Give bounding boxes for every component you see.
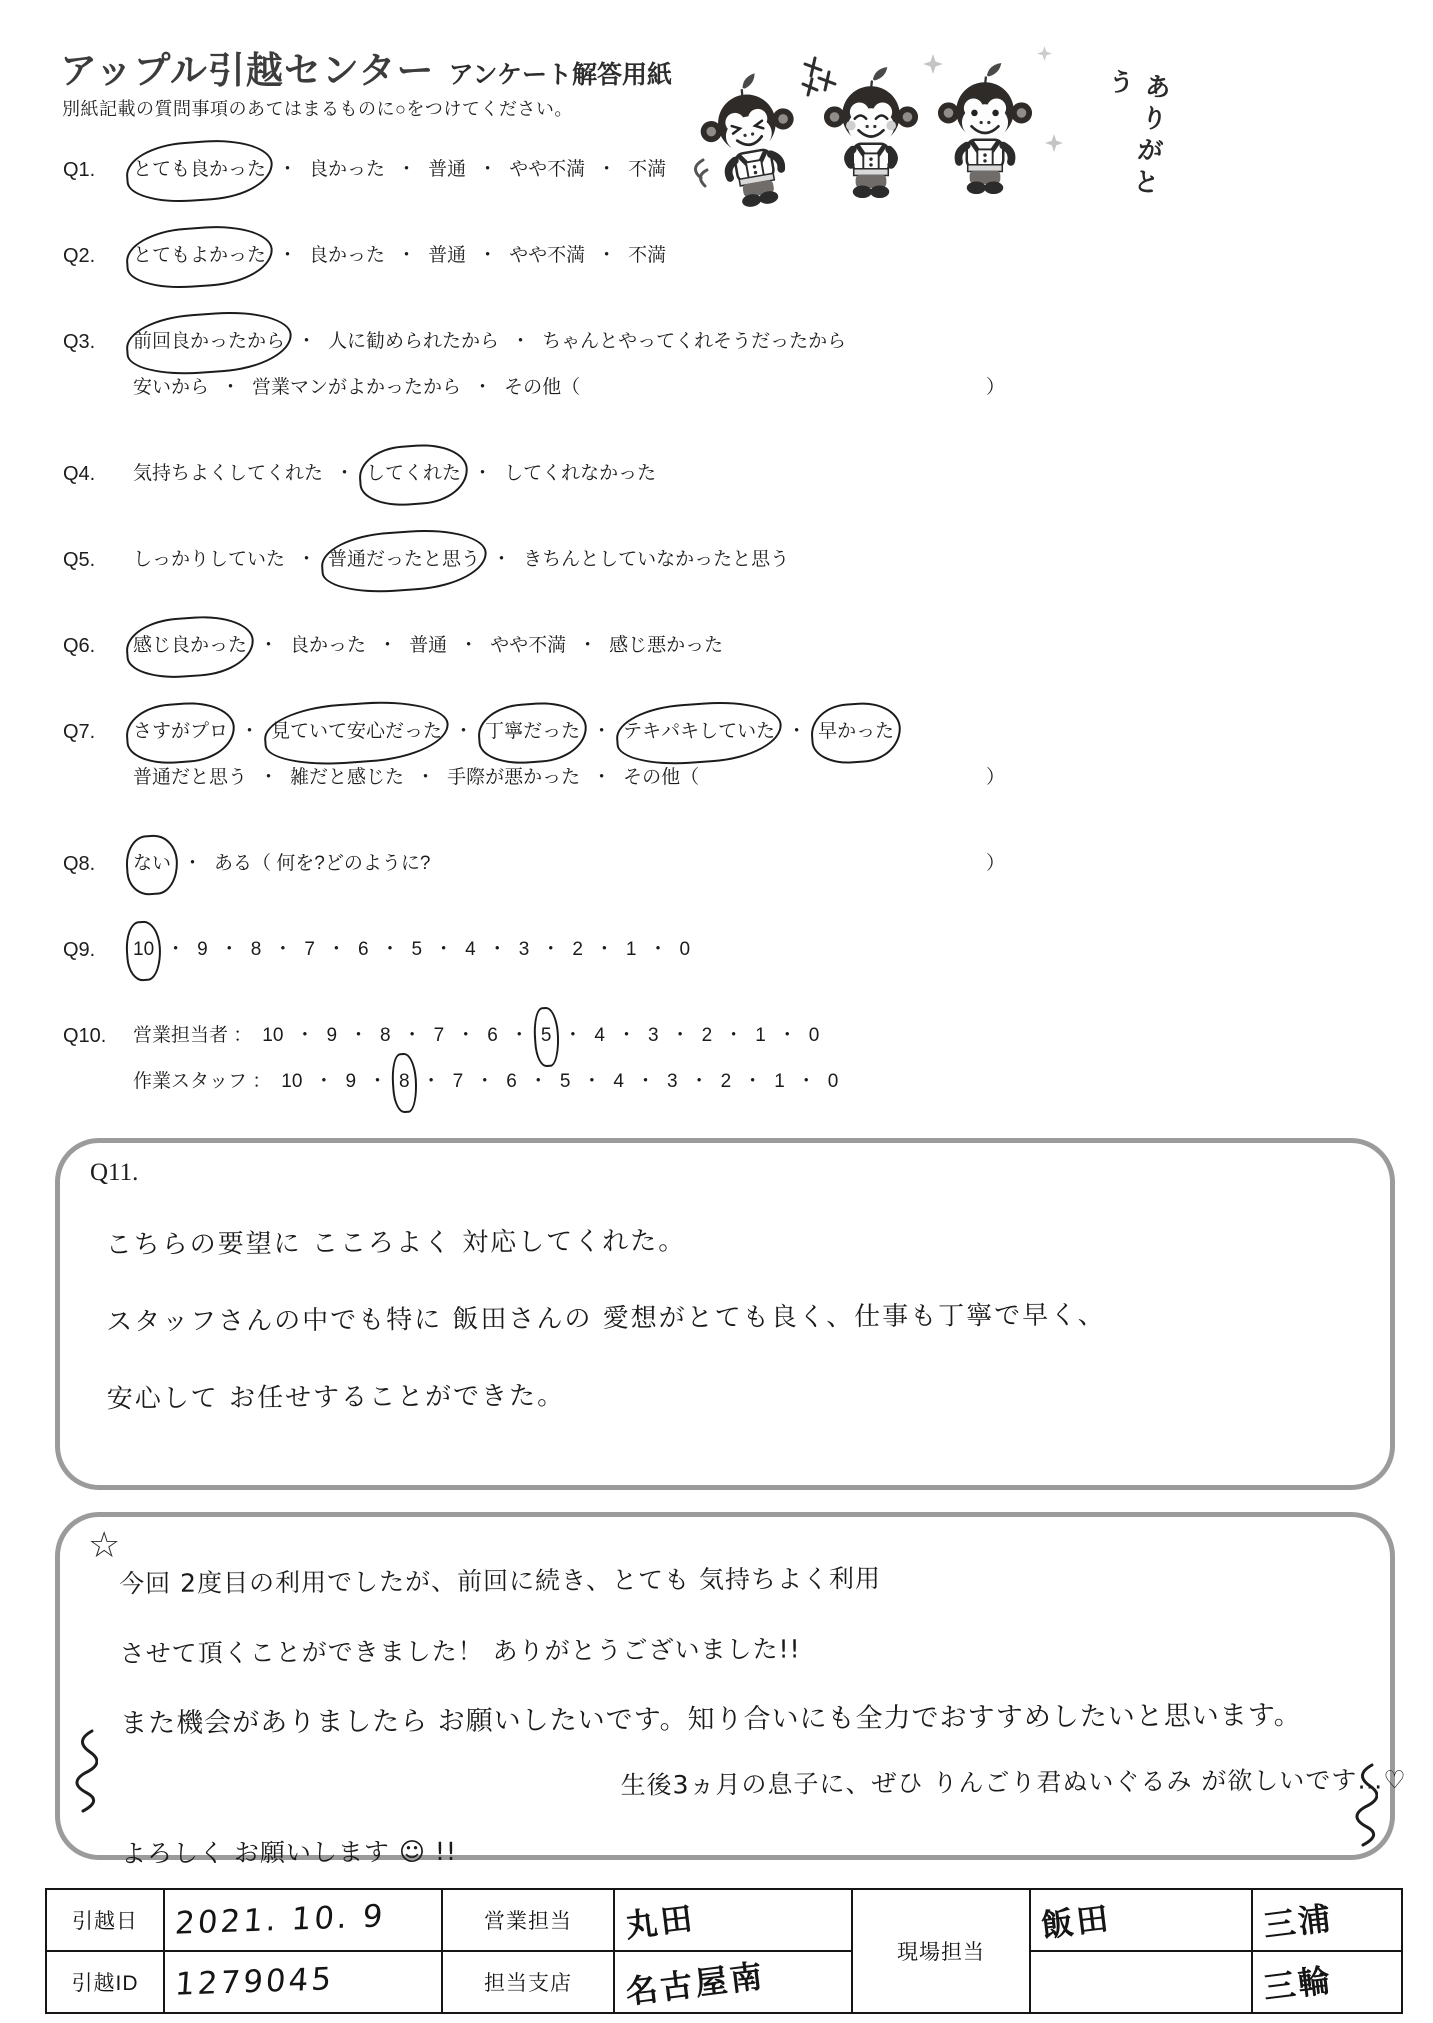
answer-option-label: 9 <box>326 1016 337 1056</box>
answer-option-label: 4 <box>465 930 476 970</box>
option-group: ないある（ 何を?どのように? <box>133 844 430 884</box>
handwritten-line: 生後3ヵ月の息子に、ぜひ りんごり君ぬいぐるみ が欲しいです…♡ <box>120 1751 1360 1820</box>
answer-option-label: してくれた <box>366 454 461 494</box>
branch-label: 担当支店 <box>442 1951 614 2013</box>
option-line: さすがプロ見ていて安心だった丁寧だったテキパキしていた早かった <box>133 712 1403 752</box>
answer-option: 感じ良かった <box>133 626 247 666</box>
handwritten-line: させて頂くことができました！ ありがとうございました!! <box>119 1611 1359 1690</box>
answer-option: 普通だったと思う <box>285 540 480 580</box>
handwritten-line: よろしく お願いします ☺ !! <box>121 1811 1361 1890</box>
answer-option: 6 <box>315 930 369 970</box>
question-number: Q10. <box>63 1016 133 1102</box>
option-group: 普通だと思う雑だと感じた手際が悪かったその他（ <box>133 758 699 798</box>
answer-option-label: 普通 <box>428 236 466 276</box>
answer-option-label: 0 <box>809 1016 820 1056</box>
answer-option: 雑だと感じた <box>247 758 404 798</box>
option-line: 109876543210 <box>133 930 1403 970</box>
question-row: Q6. 感じ良かった良かった普通やや不満感じ悪かった <box>63 626 1403 666</box>
move-id-value: 1279045 <box>164 1951 442 2013</box>
answer-option: 0 <box>785 1062 839 1102</box>
option-line-prefix: 営業担当者 ： <box>133 1016 252 1056</box>
answer-option-label: きちんとしていなかったと思う <box>523 540 789 580</box>
sales-rep-signature: 丸田 <box>614 1889 852 1951</box>
answer-option: テキパキしていた <box>580 712 775 752</box>
handwritten-line: スタッフさんの中でも特に 飯田さんの 愛想がとても良く、仕事も丁寧で早く、 <box>106 1276 1361 1362</box>
answer-option-label: 前回良かったから <box>133 322 285 362</box>
answer-option: 良かった <box>247 626 366 666</box>
answer-option: 8 <box>208 930 262 970</box>
answer-option-label: 0 <box>680 930 691 970</box>
answer-option: 2 <box>659 1016 713 1056</box>
answer-option-label: 7 <box>434 1016 445 1056</box>
answer-option-label: 気持ちよくしてくれた <box>133 454 323 494</box>
answer-option-label: 感じ良かった <box>133 626 247 666</box>
option-line: 普通だと思う雑だと感じた手際が悪かったその他（ ） <box>133 758 1005 798</box>
answer-option-label: 3 <box>667 1062 678 1102</box>
answer-option: 見ていて安心だった <box>228 712 442 752</box>
option-group: 109876543210 <box>281 1062 838 1102</box>
answer-option: しっかりしていた <box>133 540 285 580</box>
answer-option: 不満 <box>585 236 666 276</box>
answer-option: してくれた <box>323 454 461 494</box>
question-row: Q9. 109876543210 <box>63 930 1403 970</box>
question-number: Q5. <box>63 540 133 580</box>
answer-option-label: 丁寧だった <box>485 712 580 752</box>
answer-option-label: 2 <box>702 1016 713 1056</box>
answer-option-label: とても良かった <box>133 150 266 190</box>
option-group: 感じ良かった良かった普通やや不満感じ悪かった <box>133 626 723 666</box>
answer-option-label: 良かった <box>309 150 385 190</box>
option-group: とても良かった良かった普通やや不満不満 <box>133 150 666 190</box>
free-handwritten-comment: 今回 2度目の利用でしたが、前回に続き、とても 気持ちよく利用させて頂くことがで… <box>59 1512 1392 1889</box>
answer-option: 9 <box>154 930 208 970</box>
answer-option: 8 <box>356 1062 410 1102</box>
answer-option: 10 <box>133 930 154 970</box>
answer-option-label: やや不満 <box>509 236 585 276</box>
answer-option-label: 10 <box>133 930 154 970</box>
option-line: 前回良かったから人に勧められたからちゃんとやってくれそうだったから <box>133 322 1403 362</box>
sales-rep-label: 営業担当 <box>442 1889 614 1951</box>
answer-option: 0 <box>636 930 690 970</box>
free-comment-box: ☆ 今回 2度目の利用でしたが、前回に続き、とても 気持ちよく利用させて頂くこと… <box>55 1512 1395 1860</box>
answer-option: きちんとしていなかったと思う <box>480 540 789 580</box>
answer-option-label: 良かった <box>309 236 385 276</box>
option-line: とてもよかった良かった普通やや不満不満 <box>133 236 1403 276</box>
answer-option: 7 <box>391 1016 445 1056</box>
answer-option: 3 <box>476 930 530 970</box>
answer-option: してくれなかった <box>461 454 656 494</box>
site-staff-signature-3: 三輪 <box>1252 1951 1402 2013</box>
answer-option: とても良かった <box>133 150 266 190</box>
answer-option: 7 <box>261 930 315 970</box>
answer-option: 10 <box>281 1062 302 1102</box>
answer-option-label: 普通だと思う <box>133 758 247 798</box>
site-staff-empty-cell <box>1030 1951 1252 2013</box>
option-line: とても良かった良かった普通やや不満不満 <box>133 150 1403 190</box>
answer-option-label: 10 <box>281 1062 302 1102</box>
form-title: アンケート解答用紙 <box>448 61 672 89</box>
question-row: Q5. しっかりしていた普通だったと思うきちんとしていなかったと思う <box>63 540 1403 580</box>
answer-option-label: 良かった <box>290 626 366 666</box>
question-number: Q9. <box>63 930 133 970</box>
answer-option: 不満 <box>585 150 666 190</box>
question-row: Q4. 気持ちよくしてくれたしてくれたしてくれなかった <box>63 454 1403 494</box>
answer-option-label: 不満 <box>628 236 666 276</box>
question-number: Q8. <box>63 844 133 884</box>
answer-option: 1 <box>712 1016 766 1056</box>
answer-option-label: 4 <box>613 1062 624 1102</box>
question-row: Q7. さすがプロ見ていて安心だった丁寧だったテキパキしていた早かった <box>63 712 1403 798</box>
answer-option-label: 見ていて安心だった <box>271 712 442 752</box>
answer-option: 9 <box>302 1062 356 1102</box>
option-group: とてもよかった良かった普通やや不満不満 <box>133 236 666 276</box>
answer-option-label: 普通だったと思う <box>328 540 480 580</box>
option-group: 109876543210 <box>262 1016 819 1056</box>
answer-option: 7 <box>410 1062 464 1102</box>
answer-option: やや不満 <box>447 626 566 666</box>
option-line: 営業担当者 ： 109876543210 <box>133 1016 1403 1056</box>
answer-option: 1 <box>731 1062 785 1102</box>
handwritten-line: こちらの要望に こころよく 対応してくれた。 <box>105 1199 1360 1285</box>
answer-option-label: テキパキしていた <box>623 712 775 752</box>
answer-option: 普通 <box>385 150 466 190</box>
answer-option-label: ちゃんとやってくれそうだったから <box>542 322 846 362</box>
answer-option-label: 2 <box>572 930 583 970</box>
answer-option-label: 9 <box>197 930 208 970</box>
answer-option-label: 5 <box>412 930 423 970</box>
answer-option: 早かった <box>775 712 894 752</box>
option-group: 安いから営業マンがよかったからその他（ <box>133 368 580 408</box>
branch-signature: 名古屋南 <box>614 1951 852 2013</box>
handwritten-line: また機会がありましたら お願いしたいです。知り合いにも全力でおすすめしたいと思い… <box>120 1681 1360 1760</box>
closing-paren: ） <box>986 844 1005 884</box>
answer-option-label: 6 <box>358 930 369 970</box>
answer-option-label: 6 <box>487 1016 498 1056</box>
answer-option: 6 <box>463 1062 517 1102</box>
answer-option: 3 <box>605 1016 659 1056</box>
answer-option-label: 1 <box>774 1062 785 1102</box>
option-line: 感じ良かった良かった普通やや不満感じ悪かった <box>133 626 1403 666</box>
option-line-prefix: 作業スタッフ ： <box>133 1062 271 1102</box>
option-group: さすがプロ見ていて安心だった丁寧だったテキパキしていた早かった <box>133 712 894 752</box>
answer-option: 普通 <box>366 626 447 666</box>
question-row: Q1. とても良かった良かった普通やや不満不満 <box>63 150 1403 190</box>
answer-option: 8 <box>337 1016 391 1056</box>
answer-option-label: 7 <box>453 1062 464 1102</box>
closing-paren: ） <box>986 758 1005 798</box>
answer-option: 人に勧められたから <box>285 322 499 362</box>
answer-option-label: 5 <box>560 1062 571 1102</box>
option-line: 安いから営業マンがよかったからその他（ ） <box>133 368 1005 408</box>
answer-option: 普通 <box>385 236 466 276</box>
question-number: Q3. <box>63 322 133 408</box>
answer-option: 6 <box>444 1016 498 1056</box>
question-number: Q6. <box>63 626 133 666</box>
question-row: Q10. 営業担当者 ： 109876543210 作業スタッフ ： <box>63 1016 1403 1102</box>
answer-option: 感じ悪かった <box>566 626 723 666</box>
answer-option: 3 <box>624 1062 678 1102</box>
answer-option-label: 普通 <box>428 150 466 190</box>
answer-option: 5 <box>498 1016 552 1056</box>
answer-option: 10 <box>262 1016 283 1056</box>
answer-option-label: 0 <box>828 1062 839 1102</box>
answer-option: 普通だと思う <box>133 758 247 798</box>
answer-option: ある（ 何を?どのように? <box>171 844 430 884</box>
answer-option-label: やや不満 <box>509 150 585 190</box>
answer-option-label: 1 <box>626 930 637 970</box>
answer-option: 営業マンがよかったから <box>209 368 461 408</box>
answer-option-label: 3 <box>648 1016 659 1056</box>
option-line: 気持ちよくしてくれたしてくれたしてくれなかった <box>133 454 1403 494</box>
answer-option-label: 感じ悪かった <box>609 626 723 666</box>
answer-option-label: ある（ 何を?どのように? <box>214 844 430 884</box>
option-group: しっかりしていた普通だったと思うきちんとしていなかったと思う <box>133 540 789 580</box>
move-date-label: 引越日 <box>46 1889 164 1951</box>
answer-option: 2 <box>678 1062 732 1102</box>
move-id-label: 引越ID <box>46 1951 164 2013</box>
answer-option-label: その他（ <box>504 368 580 408</box>
option-line: ないある（ 何を?どのように? ） <box>133 844 1005 884</box>
question-number: Q2. <box>63 236 133 276</box>
answer-option: 安いから <box>133 368 209 408</box>
answer-option: 9 <box>283 1016 337 1056</box>
answer-option: 4 <box>422 930 476 970</box>
answer-option-label: 8 <box>380 1016 391 1056</box>
handwritten-line: 安心して お任せすることができた。 <box>106 1353 1361 1439</box>
question-row: Q3. 前回良かったから人に勧められたからちゃんとやってくれそうだったから <box>63 322 1403 408</box>
answer-option-label: 3 <box>519 930 530 970</box>
answer-option-label: 8 <box>399 1062 410 1102</box>
answer-option: やや不満 <box>466 236 585 276</box>
move-date-value: 2021. 10. 9 <box>164 1889 442 1951</box>
answer-option: 5 <box>517 1062 571 1102</box>
answer-option-label: 5 <box>541 1016 552 1056</box>
option-group: 気持ちよくしてくれたしてくれたしてくれなかった <box>133 454 656 494</box>
answer-option-label: 9 <box>345 1062 356 1102</box>
answer-option-label: やや不満 <box>490 626 566 666</box>
answer-option: 5 <box>369 930 423 970</box>
answer-option-label: 雑だと感じた <box>290 758 404 798</box>
answer-option: 手際が悪かった <box>404 758 580 798</box>
site-staff-signature-1: 飯田 <box>1030 1889 1252 1951</box>
answer-option: さすがプロ <box>133 712 228 752</box>
answer-option: 良かった <box>266 236 385 276</box>
job-info-table: 引越日 2021. 10. 9 営業担当 丸田 現場担当 飯田 三浦 引越ID … <box>45 1888 1403 2014</box>
site-staff-signature-2: 三浦 <box>1252 1889 1402 1951</box>
answer-option: 良かった <box>266 150 385 190</box>
site-staff-label: 現場担当 <box>852 1889 1030 2013</box>
sparkle-icon <box>1037 46 1052 61</box>
answer-option-label: 2 <box>721 1062 732 1102</box>
instruction-text: 別紙記載の質問事項のあてはまるものに○をつけてください。 <box>62 95 573 121</box>
answer-option: 前回良かったから <box>133 322 285 362</box>
closing-paren: ） <box>986 368 1005 408</box>
option-line: 作業スタッフ ： 109876543210 <box>133 1062 1403 1102</box>
answer-option: 4 <box>551 1016 605 1056</box>
question-list: Q1. とても良かった良かった普通やや不満不満 Q2. <box>63 150 1403 1148</box>
answer-option-label: 普通 <box>409 626 447 666</box>
brand-title: アップル引越センター <box>60 50 434 91</box>
answer-option: 0 <box>766 1016 820 1056</box>
survey-sheet: アップル引越センターアンケート解答用紙 別紙記載の質問事項のあてはまるものに○を… <box>0 0 1433 2023</box>
answer-option: 丁寧だった <box>442 712 580 752</box>
answer-option-label: 10 <box>262 1016 283 1056</box>
answer-option-label: 不満 <box>628 150 666 190</box>
answer-option: 2 <box>529 930 583 970</box>
option-group: 前回良かったから人に勧められたからちゃんとやってくれそうだったから <box>133 322 846 362</box>
answer-option-label: 1 <box>755 1016 766 1056</box>
header: アップル引越センターアンケート解答用紙 <box>60 40 672 94</box>
question-number: Q4. <box>63 454 133 494</box>
option-line: しっかりしていた普通だったと思うきちんとしていなかったと思う <box>133 540 1403 580</box>
answer-option-label: 4 <box>594 1016 605 1056</box>
answer-option-label: 手際が悪かった <box>447 758 580 798</box>
answer-option-label: 安いから <box>133 368 209 408</box>
answer-option: ない <box>133 844 171 884</box>
table-row: 引越ID 1279045 担当支店 名古屋南 三輪 <box>46 1951 1402 2013</box>
q11-comment-box: Q11. こちらの要望に こころよく 対応してくれた。スタッフさんの中でも特に … <box>55 1138 1395 1490</box>
answer-option-label: 早かった <box>818 712 894 752</box>
answer-option-label: 7 <box>304 930 315 970</box>
question-number: Q7. <box>63 712 133 798</box>
answer-option-label: 営業マンがよかったから <box>252 368 461 408</box>
answer-option-label: とてもよかった <box>133 236 266 276</box>
answer-option: 気持ちよくしてくれた <box>133 454 323 494</box>
answer-option: その他（ <box>580 758 699 798</box>
handwritten-line: 今回 2度目の利用でしたが、前回に続き、とても 気持ちよく利用 <box>119 1541 1359 1620</box>
answer-option: 1 <box>583 930 637 970</box>
answer-option-label: その他（ <box>623 758 699 798</box>
table-row: 引越日 2021. 10. 9 営業担当 丸田 現場担当 飯田 三浦 <box>46 1889 1402 1951</box>
answer-option-label: ない <box>133 844 171 884</box>
question-row: Q2. とてもよかった良かった普通やや不満不満 <box>63 236 1403 276</box>
answer-option: とてもよかった <box>133 236 266 276</box>
answer-option: ちゃんとやってくれそうだったから <box>499 322 846 362</box>
q11-handwritten-comment: こちらの要望に こころよく 対応してくれた。スタッフさんの中でも特に 飯田さんの… <box>59 1138 1391 1438</box>
answer-option-label: 8 <box>251 930 262 970</box>
question-row: Q8. ないある（ 何を?どのように? ） <box>63 844 1403 884</box>
answer-option-label: してくれなかった <box>504 454 656 494</box>
question-number: Q1. <box>63 150 133 190</box>
answer-option-label: 6 <box>506 1062 517 1102</box>
answer-option: やや不満 <box>466 150 585 190</box>
answer-option-label: 人に勧められたから <box>328 322 499 362</box>
option-group: 109876543210 <box>133 930 690 970</box>
answer-option-label: さすがプロ <box>133 712 228 752</box>
answer-option-label: しっかりしていた <box>133 540 285 580</box>
answer-option: 4 <box>570 1062 624 1102</box>
answer-option: その他（ <box>461 368 580 408</box>
